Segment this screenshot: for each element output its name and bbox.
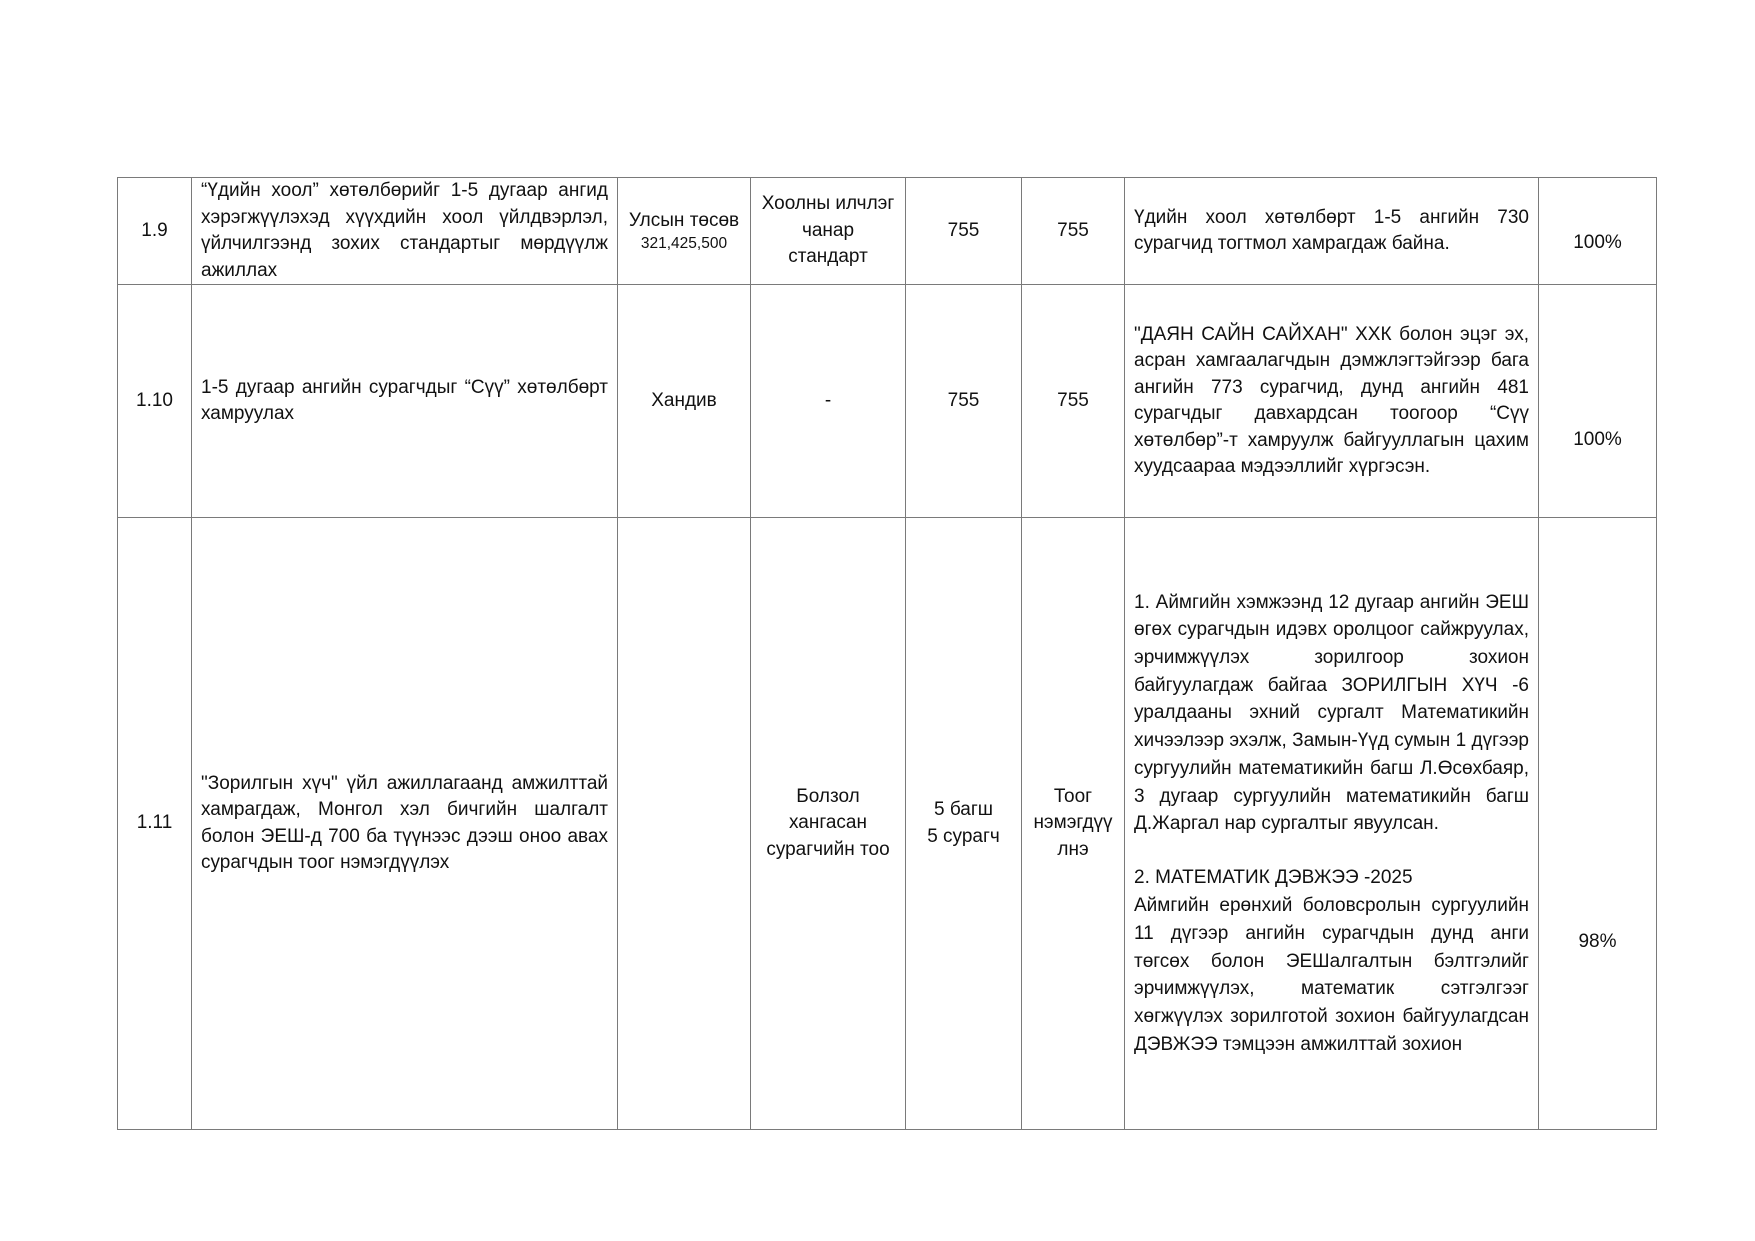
percent-cell: 100% bbox=[1539, 178, 1657, 285]
target-cell: 755 bbox=[1022, 178, 1125, 285]
funding-cell: Улсын төсөв 321,425,500 bbox=[618, 178, 751, 285]
row-number: 1.9 bbox=[118, 178, 192, 285]
funding-source: Улсын төсөв bbox=[629, 210, 739, 231]
result-cell: "ДАЯН САЙН САЙХАН" ХХК болон эцэг эх, ас… bbox=[1125, 285, 1539, 518]
funding-amount: 321,425,500 bbox=[627, 234, 741, 254]
baseline-cell: 5 багш 5 сурагч bbox=[906, 518, 1022, 1130]
activity-cell: "Зорилгын хүч" үйл ажиллагаанд амжилттай… bbox=[192, 518, 618, 1130]
percent-cell: 100% bbox=[1539, 285, 1657, 518]
indicator-cell: Хоолны илчлэг чанар стандарт bbox=[751, 178, 906, 285]
funding-cell: Хандив bbox=[618, 285, 751, 518]
table-row: 1.10 1-5 дугаар ангийн сурагчдыг “Сүү” х… bbox=[118, 285, 1657, 518]
row-number: 1.10 bbox=[118, 285, 192, 518]
row-number: 1.11 bbox=[118, 518, 192, 1130]
result-part-2-title: 2. МАТЕМАТИК ДЭВЖЭЭ -2025 bbox=[1134, 864, 1529, 892]
funding-cell bbox=[618, 518, 751, 1130]
activity-cell: “Үдийн хоол” хөтөлбөрийг 1-5 дугаар анги… bbox=[192, 178, 618, 285]
activity-cell: 1-5 дугаар ангийн сурагчдыг “Сүү” хөтөлб… bbox=[192, 285, 618, 518]
document-page: 1.9 “Үдийн хоол” хөтөлбөрийг 1-5 дугаар … bbox=[0, 0, 1755, 1241]
target-cell: Тоог нэмэгдүү лнэ bbox=[1022, 518, 1125, 1130]
baseline-cell: 755 bbox=[906, 178, 1022, 285]
percent-cell: 98% bbox=[1539, 518, 1657, 1130]
result-cell: Үдийн хоол хөтөлбөрт 1-5 ангийн 730 сура… bbox=[1125, 178, 1539, 285]
result-part-1: 1. Аймгийн хэмжээнд 12 дугаар ангийн ЭЕШ… bbox=[1134, 592, 1529, 835]
indicator-cell: - bbox=[751, 285, 906, 518]
report-table: 1.9 “Үдийн хоол” хөтөлбөрийг 1-5 дугаар … bbox=[117, 177, 1657, 1130]
table-row: 1.9 “Үдийн хоол” хөтөлбөрийг 1-5 дугаар … bbox=[118, 178, 1657, 285]
table-row: 1.11 "Зорилгын хүч" үйл ажиллагаанд амжи… bbox=[118, 518, 1657, 1130]
baseline-cell: 755 bbox=[906, 285, 1022, 518]
target-cell: 755 bbox=[1022, 285, 1125, 518]
result-cell: 1. Аймгийн хэмжээнд 12 дугаар ангийн ЭЕШ… bbox=[1125, 518, 1539, 1130]
result-part-2: Аймгийн ерөнхий боловсролын сургуулийн 1… bbox=[1134, 895, 1529, 1055]
paragraph-spacer bbox=[1134, 838, 1529, 865]
indicator-cell: Болзол хангасан сурагчийн тоо bbox=[751, 518, 906, 1130]
